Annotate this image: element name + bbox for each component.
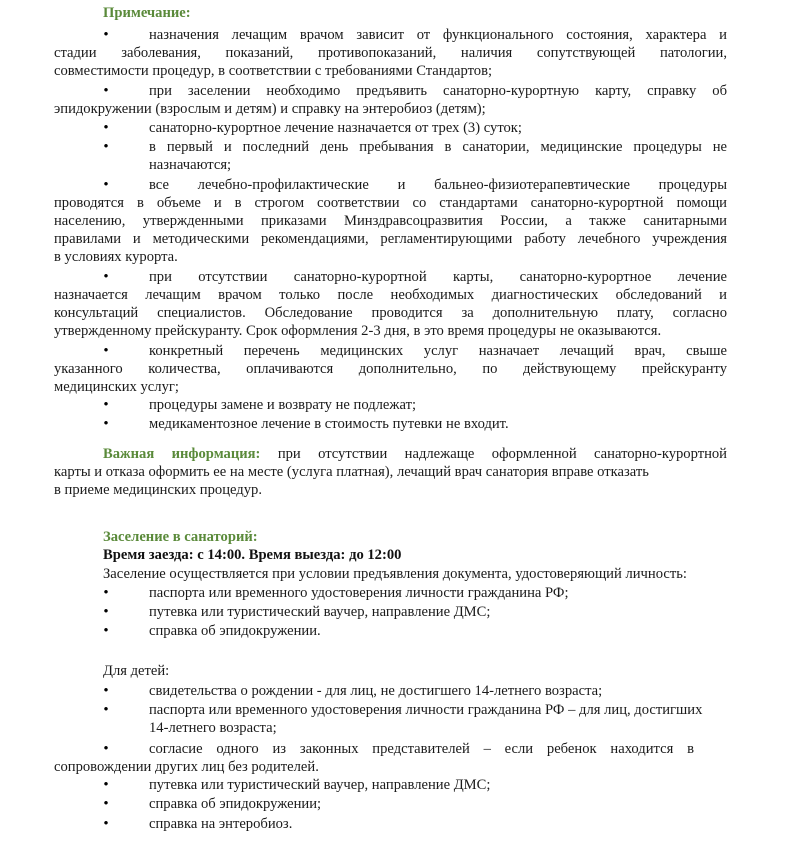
note-item-3-line-1: назначаются; — [149, 156, 231, 174]
checkin-times: Время заезда: с 14:00. Время выезда: до … — [103, 546, 401, 564]
child-item-1-line-0: паспорта или временного удостоверения ли… — [149, 701, 702, 719]
bullet-icon: • — [101, 682, 111, 700]
note-item-4-line-1: проводятся в объеме и в строгом соответс… — [54, 194, 727, 212]
bullet-icon: • — [101, 176, 111, 194]
note-item-8-line-0: медикаментозное лечение в стоимость путе… — [149, 415, 509, 433]
bullet-icon: • — [101, 795, 111, 813]
note-item-6-line-1: указанного количества, оплачиваются допо… — [54, 360, 727, 378]
note-item-0-line-1: стадии заболевания, показаний, противопо… — [54, 44, 727, 62]
note-item-1-line-0: при заселении необходимо предъявить сана… — [149, 82, 727, 100]
note-item-5-line-0: при отсутствии санаторно-курортной карты… — [149, 268, 727, 286]
note-item-3-line-0: в первый и последний день пребывания в с… — [149, 138, 727, 156]
important-line-2: в приеме медицинских процедур. — [54, 481, 262, 499]
bullet-icon: • — [101, 584, 111, 602]
note-item-6-line-0: конкретный перечень медицинских услуг на… — [149, 342, 727, 360]
note-item-0-line-2: совместимости процедур, в соответствии с… — [54, 62, 492, 80]
note-item-4-line-4: в условиях курорта. — [54, 248, 178, 266]
important-line-1: карты и отказа оформить ее на месте (усл… — [54, 463, 649, 481]
bullet-icon: • — [101, 622, 111, 640]
bullet-icon: • — [101, 603, 111, 621]
note-item-1-line-1: эпидокружении (взрослым и детям) и справ… — [54, 100, 486, 118]
bullet-icon: • — [101, 701, 111, 719]
note-item-5-line-1: назначается лечащим врачом только после … — [54, 286, 727, 304]
children-label: Для детей: — [103, 662, 169, 680]
child-item-1-line-1: 14-летнего возраста; — [149, 719, 277, 737]
note-item-2-line-0: санаторно-курортное лечение назначается … — [149, 119, 522, 137]
child-item-2-line-0: согласие одного из законных представител… — [149, 740, 694, 758]
note-item-6-line-2: медицинских услуг; — [54, 378, 179, 396]
child-item-3-line-0: путевка или туристический ваучер, направ… — [149, 776, 490, 794]
child-item-0-line-0: свидетельства о рождении - для лиц, не д… — [149, 682, 602, 700]
adult-item-1: путевка или туристический ваучер, направ… — [149, 603, 490, 621]
child-item-5-line-0: справка на энтеробиоз. — [149, 815, 292, 833]
bullet-icon: • — [101, 268, 111, 286]
note-item-5-line-3: утвержденному прейскуранту. Срок оформле… — [54, 322, 661, 340]
bullet-icon: • — [101, 26, 111, 44]
bullet-icon: • — [101, 82, 111, 100]
bullet-icon: • — [101, 740, 111, 758]
note-item-4-line-2: населению, утвержденными приказами Минзд… — [54, 212, 727, 230]
note-item-0-line-0: назначения лечащим врачом зависит от фун… — [149, 26, 727, 44]
child-item-4-line-0: справка об эпидокружении; — [149, 795, 321, 813]
note-item-7-line-0: процедуры замене и возврату не подлежат; — [149, 396, 416, 414]
bullet-icon: • — [101, 815, 111, 833]
checkin-heading: Заселение в санаторий: — [103, 528, 258, 546]
bullet-icon: • — [101, 138, 111, 156]
child-item-2-line-1: сопровождении других лиц без родителей. — [54, 758, 319, 776]
bullet-icon: • — [101, 119, 111, 137]
bullet-icon: • — [101, 415, 111, 433]
bullet-icon: • — [101, 342, 111, 360]
note-item-5-line-2: консультаций специалистов. Обследование … — [54, 304, 727, 322]
important-text-0: при отсутствии надлежаще оформленной сан… — [278, 446, 727, 462]
note-item-4-line-0: все лечебно-профилактические и бальнео-ф… — [149, 176, 727, 194]
adult-item-0: паспорта или временного удостоверения ли… — [149, 584, 569, 602]
adult-item-2: справка об эпидокружении. — [149, 622, 321, 640]
important-label: Важная информация: — [103, 446, 260, 462]
bullet-icon: • — [101, 776, 111, 794]
important-line-0: Важная информация: при отсутствии надлеж… — [103, 445, 727, 463]
checkin-intro: Заселение осуществляется при условии пре… — [103, 565, 687, 583]
note-heading: Примечание: — [103, 4, 191, 22]
bullet-icon: • — [101, 396, 111, 414]
note-item-4-line-3: правилами и методическими рекомендациями… — [54, 230, 727, 248]
